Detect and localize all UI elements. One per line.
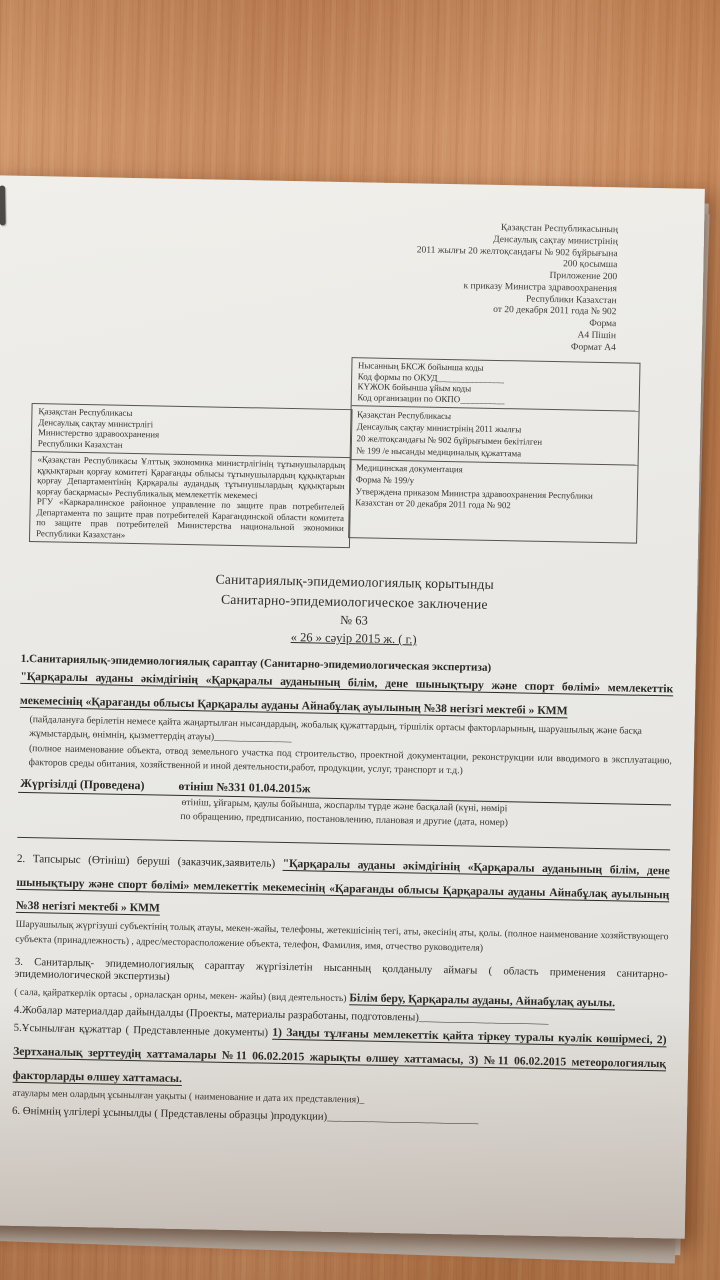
section-5-label: 5.Ұсынылған құжаттар ( Представленные до… [14,1022,269,1039]
conducted-label: Жүргізілді (Проведена) [20,776,144,793]
document-title: Санитариялық-эпидемиологиялық корытынды … [21,566,687,653]
form-codes-box: Нысанның БКСЖ бойынша коды Код формы по … [348,358,641,545]
department-cell: «Қазақстан Республикасы Ұлттық экономика… [30,451,350,547]
document-date: « 26 » сәуір 2015 ж. ( г.) [285,630,423,648]
ministry-cell: Қазақстан Республикасы Денсаулық сақтау … [32,404,351,457]
section-2-label: 2. Тапсырыс (Өтініш) беруші (заказчик,за… [17,853,275,870]
section-5: 5.Ұсынылған құжаттар ( Представленные до… [12,1016,666,1100]
desk-surface: Қазақстан Республикасының Денсаулық сақт… [0,0,720,1280]
section-1-value: "Қарқаралы ауданы әкімдігінің «Қарқаралы… [20,670,674,717]
form-codes-cell: Нысанның БКСЖ бойынша коды Код формы по … [351,359,639,412]
department-name-kz: «Қазақстан Республикасы Ұлттық экономика… [37,455,345,503]
approval-kz-cell: Қазақстан Республикасы Денсаулық сақтау … [350,406,638,466]
document-body: 1.Санитариялық-эпидемиологиялық сараптау… [12,653,686,1129]
section-2: 2. Тапсырыс (Өтініш) беруші (заказчик,за… [16,847,670,931]
document-header-right: Қазақстан Республикасының Денсаулық сақт… [27,214,694,356]
approval-ru-cell: Медицинская документация Форма № 199/у У… [349,460,638,544]
conducted-value: өтініш №331 01.04.2015ж [178,779,310,797]
document-page: Қазақстан Республикасының Денсаулық сақт… [0,175,705,1239]
document-content: Қазақстан Республикасының Денсаулық сақт… [0,175,705,1130]
section-3-label: 3. Санитарлық- эпидемиологиялық сараптау… [15,956,668,983]
department-name-ru: РГУ «Каркаралинское районное управление … [36,497,344,545]
section-3-note: ( сала, қайраткерлік ортасы , орналасқан… [14,987,346,1004]
info-table: Нысанның БКСЖ бойынша коды Код формы по … [29,351,641,563]
section-3-value: Білім беру, Қарқаралы ауданы, Айнабұлақ … [349,991,615,1009]
issuer-box: Қазақстан Республикасы Денсаулық сақтау … [29,403,352,548]
